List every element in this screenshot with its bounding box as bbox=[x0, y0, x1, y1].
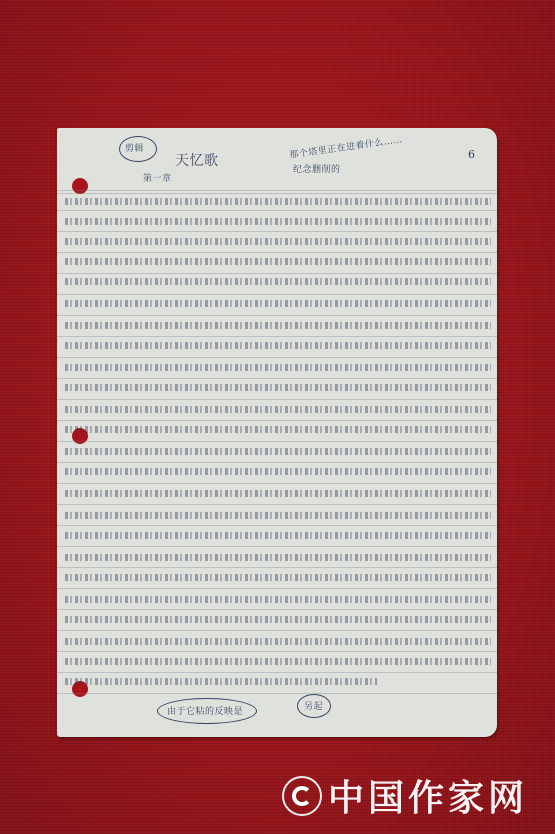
bottom-note: 由于它粘的反映是 bbox=[167, 704, 243, 717]
margin-note: 纪念删削的 bbox=[293, 162, 341, 175]
manuscript-title: 天忆歌 bbox=[175, 150, 219, 170]
circled-note-text: 剪辑 bbox=[125, 141, 144, 154]
china-writers-logo-icon bbox=[282, 776, 322, 816]
chapter-label: 第一章 bbox=[143, 171, 172, 184]
margin-note: 那个塔里正在进着什么…… bbox=[289, 132, 404, 161]
manuscript-page: 剪辑 天忆歌 第一章 那个塔里正在进着什么…… 纪念删削的 6 由于它粘的反映是… bbox=[57, 128, 497, 737]
page-number: 6 bbox=[468, 148, 475, 161]
watermark-text: 中国作家网 bbox=[328, 770, 528, 821]
watermark: 中国作家网 bbox=[282, 770, 528, 821]
bottom-note: 另起 bbox=[304, 699, 323, 712]
punch-hole bbox=[72, 178, 88, 194]
